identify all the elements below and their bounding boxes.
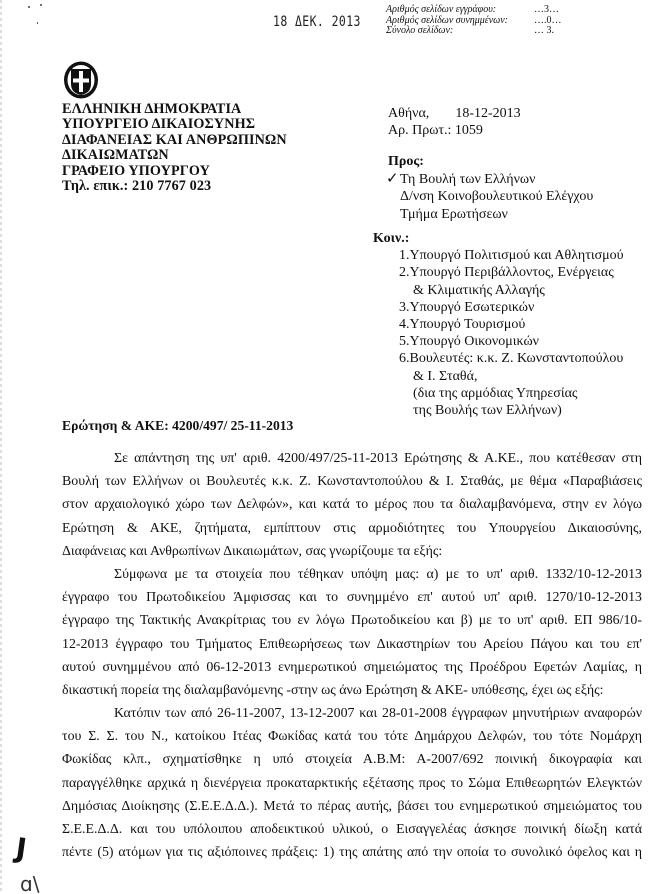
body-line: Κατόπιν των από 26-11-2007, 13-12-2007 κ… (62, 702, 642, 725)
scan-speck (40, 4, 42, 6)
cc-item: 4.Υπουργό Τουρισμού (373, 316, 624, 333)
sender-line: ΓΡΑΦΕΙΟ ΥΠΟΥΡΓΟΥ (62, 164, 287, 179)
sender-line: ΕΛΛΗΝΙΚΗ ΔΗΜΟΚΡΑΤΙΑ (62, 102, 287, 117)
page-count-box: Αριθμός σελίδων εγγράφου:…3…Αριθμός σελί… (386, 5, 562, 37)
body-line: στον αρχαιολογικό χώρο των Δελφών», και … (62, 493, 642, 516)
page-count-value: …3… (534, 5, 559, 16)
page-count-label: Αριθμός σελίδων εγγράφου: (386, 5, 534, 16)
sender-line: ΔΙΚΑΙΩΜΑΤΩΝ (62, 148, 287, 163)
body-line: Ερώτηση & ΑΚΕ, ζητήματα, εμπίπτουν στις … (62, 517, 642, 540)
body-line: 12-2013 έγγραφο του Τμήματος Επιθεωρήσεω… (62, 633, 642, 656)
received-date-stamp: 18 ΔΕΚ. 2013 (273, 14, 361, 30)
cc-item: 6.Βουλευτές: κ.κ. Ζ. Κωνσταντοπούλου (373, 350, 624, 367)
cc-item-continuation: της Βουλής των Ελλήνων) (373, 402, 624, 419)
recipient-line: Τμήμα Ερωτήσεων (388, 206, 593, 224)
recipient-line: Δ/νση Κοινοβουλευτικού Ελέγχου (388, 188, 593, 206)
body-line: Βουλή των Ελλήνων οι Βουλευτές κ.κ. Ζ. Κ… (62, 470, 642, 493)
page-count-label: Σύνολο σελίδων: (386, 26, 534, 37)
cc-item: 2.Υπουργό Περιβάλλοντος, Ενέργειας (373, 264, 624, 281)
cc-heading: Κοιν.: (373, 230, 624, 247)
body-paragraph: Σε απάντηση της υπ' αριθ. 4200/497/25-11… (62, 447, 642, 563)
sender-line: Τηλ. επικ.: 210 7767 023 (62, 179, 287, 194)
page-count-value: … 3. (534, 26, 554, 37)
sender-line: ΥΠΟΥΡΓΕΙΟ ΔΙΚΑΙΟΣΥΝΗΣ (62, 117, 287, 132)
sender-line: ΔΙΑΦΑΝΕΙΑΣ ΚΑΙ ΑΝΘΡΩΠΙΝΩΝ (62, 133, 287, 148)
body-line: του Σ. Σ. του Ν., κατοίκου Ιτέας Φωκίδας… (62, 725, 642, 748)
body-line: Σύμφωνα με τα στοιχεία που τέθηκαν υπόψη… (62, 563, 642, 586)
sender-header: ΕΛΛΗΝΙΚΗ ΔΗΜΟΚΡΑΤΙΑΥΠΟΥΡΓΕΙΟ ΔΙΚΑΙΟΣΥΝΗΣ… (62, 102, 287, 194)
body-line: αυτού συνημμένου από 06-12-2013 ενημερωτ… (62, 656, 642, 679)
body-line: δικαστική πορεία της διαλαμβανόμενης -στ… (62, 679, 642, 702)
recipient-line: Τη Βουλή των Ελλήνων (388, 171, 593, 189)
letter-body: Σε απάντηση της υπ' αριθ. 4200/497/25-11… (62, 447, 642, 864)
body-line: Δημόσιας Διοίκησης (Σ.Ε.Ε.Δ.Δ.). Μετά το… (62, 795, 642, 818)
body-line: έγγραφο της Τακτικής Ανακρίτριας του εν … (62, 609, 642, 632)
handwritten-check-icon: J (14, 831, 29, 865)
body-paragraph: Κατόπιν των από 26-11-2007, 13-12-2007 κ… (62, 702, 642, 864)
document-date: 18-12-2013 (455, 106, 520, 121)
body-line: Φωκίδας κλπ., σχηματίσθηκε η υπό στοιχεί… (62, 748, 642, 771)
scan-speck (28, 6, 30, 8)
cc-item-continuation: & Κλιματικής Αλλαγής (373, 282, 624, 299)
handwritten-scribble-icon: ɑ\ (20, 872, 39, 894)
greek-coat-of-arms-icon (62, 60, 100, 100)
page-count-row: Σύνολο σελίδων:… 3. (386, 26, 562, 37)
recipient-heading: Προς: (388, 153, 593, 171)
body-line: Σ.Ε.Ε.Δ.Δ. και του υπόλοιπου αποδεικτικο… (62, 818, 642, 841)
scan-speck (37, 22, 38, 24)
body-line: παραγγέλθηκε αρχικά η διενέργεια προκατα… (62, 772, 642, 795)
body-line: έγγραφο του Πρωτοδικείου Άμφισσας και το… (62, 586, 642, 609)
scan-edge (0, 0, 2, 894)
cc-item-continuation: & Ι. Σταθά, (373, 368, 624, 385)
body-line: Διαφάνειας και Ανθρωπίνων Δικαιωμάτων, σ… (62, 540, 642, 563)
place-label: Αθήνα, (388, 106, 429, 121)
body-paragraph: Σύμφωνα με τα στοιχεία που τέθηκαν υπόψη… (62, 563, 642, 702)
body-line: Σε απάντηση της υπ' αριθ. 4200/497/25-11… (62, 447, 642, 470)
cc-block: Κοιν.: 1.Υπουργό Πολιτισμού και Αθλητισμ… (373, 230, 624, 419)
subject-line: Ερώτηση & ΑΚΕ: 4200/497/ 25-11-2013 (62, 418, 293, 434)
cc-item-continuation: (δια της αρμόδιας Υπηρεσίας (373, 385, 624, 402)
cc-item: 1.Υπουργό Πολιτισμού και Αθλητισμού (373, 247, 624, 264)
protocol-number: Αρ. Πρωτ.: 1059 (388, 122, 521, 139)
page-count-row: Αριθμός σελίδων εγγράφου:…3… (386, 5, 562, 16)
cc-item: 5.Υπουργό Οικονομικών (373, 333, 624, 350)
recipient-block: Προς: ✓ Τη Βουλή των ΕλλήνωνΔ/νση Κοινοβ… (388, 153, 593, 223)
body-line: πέντε (5) ατόμων για τις αξιόποινες πράξ… (62, 841, 642, 864)
date-protocol-block: Αθήνα,18-12-2013 Αρ. Πρωτ.: 1059 (388, 105, 521, 139)
cc-item: 3.Υπουργό Εσωτερικών (373, 299, 624, 316)
handwritten-check-icon: ✓ (386, 172, 399, 186)
